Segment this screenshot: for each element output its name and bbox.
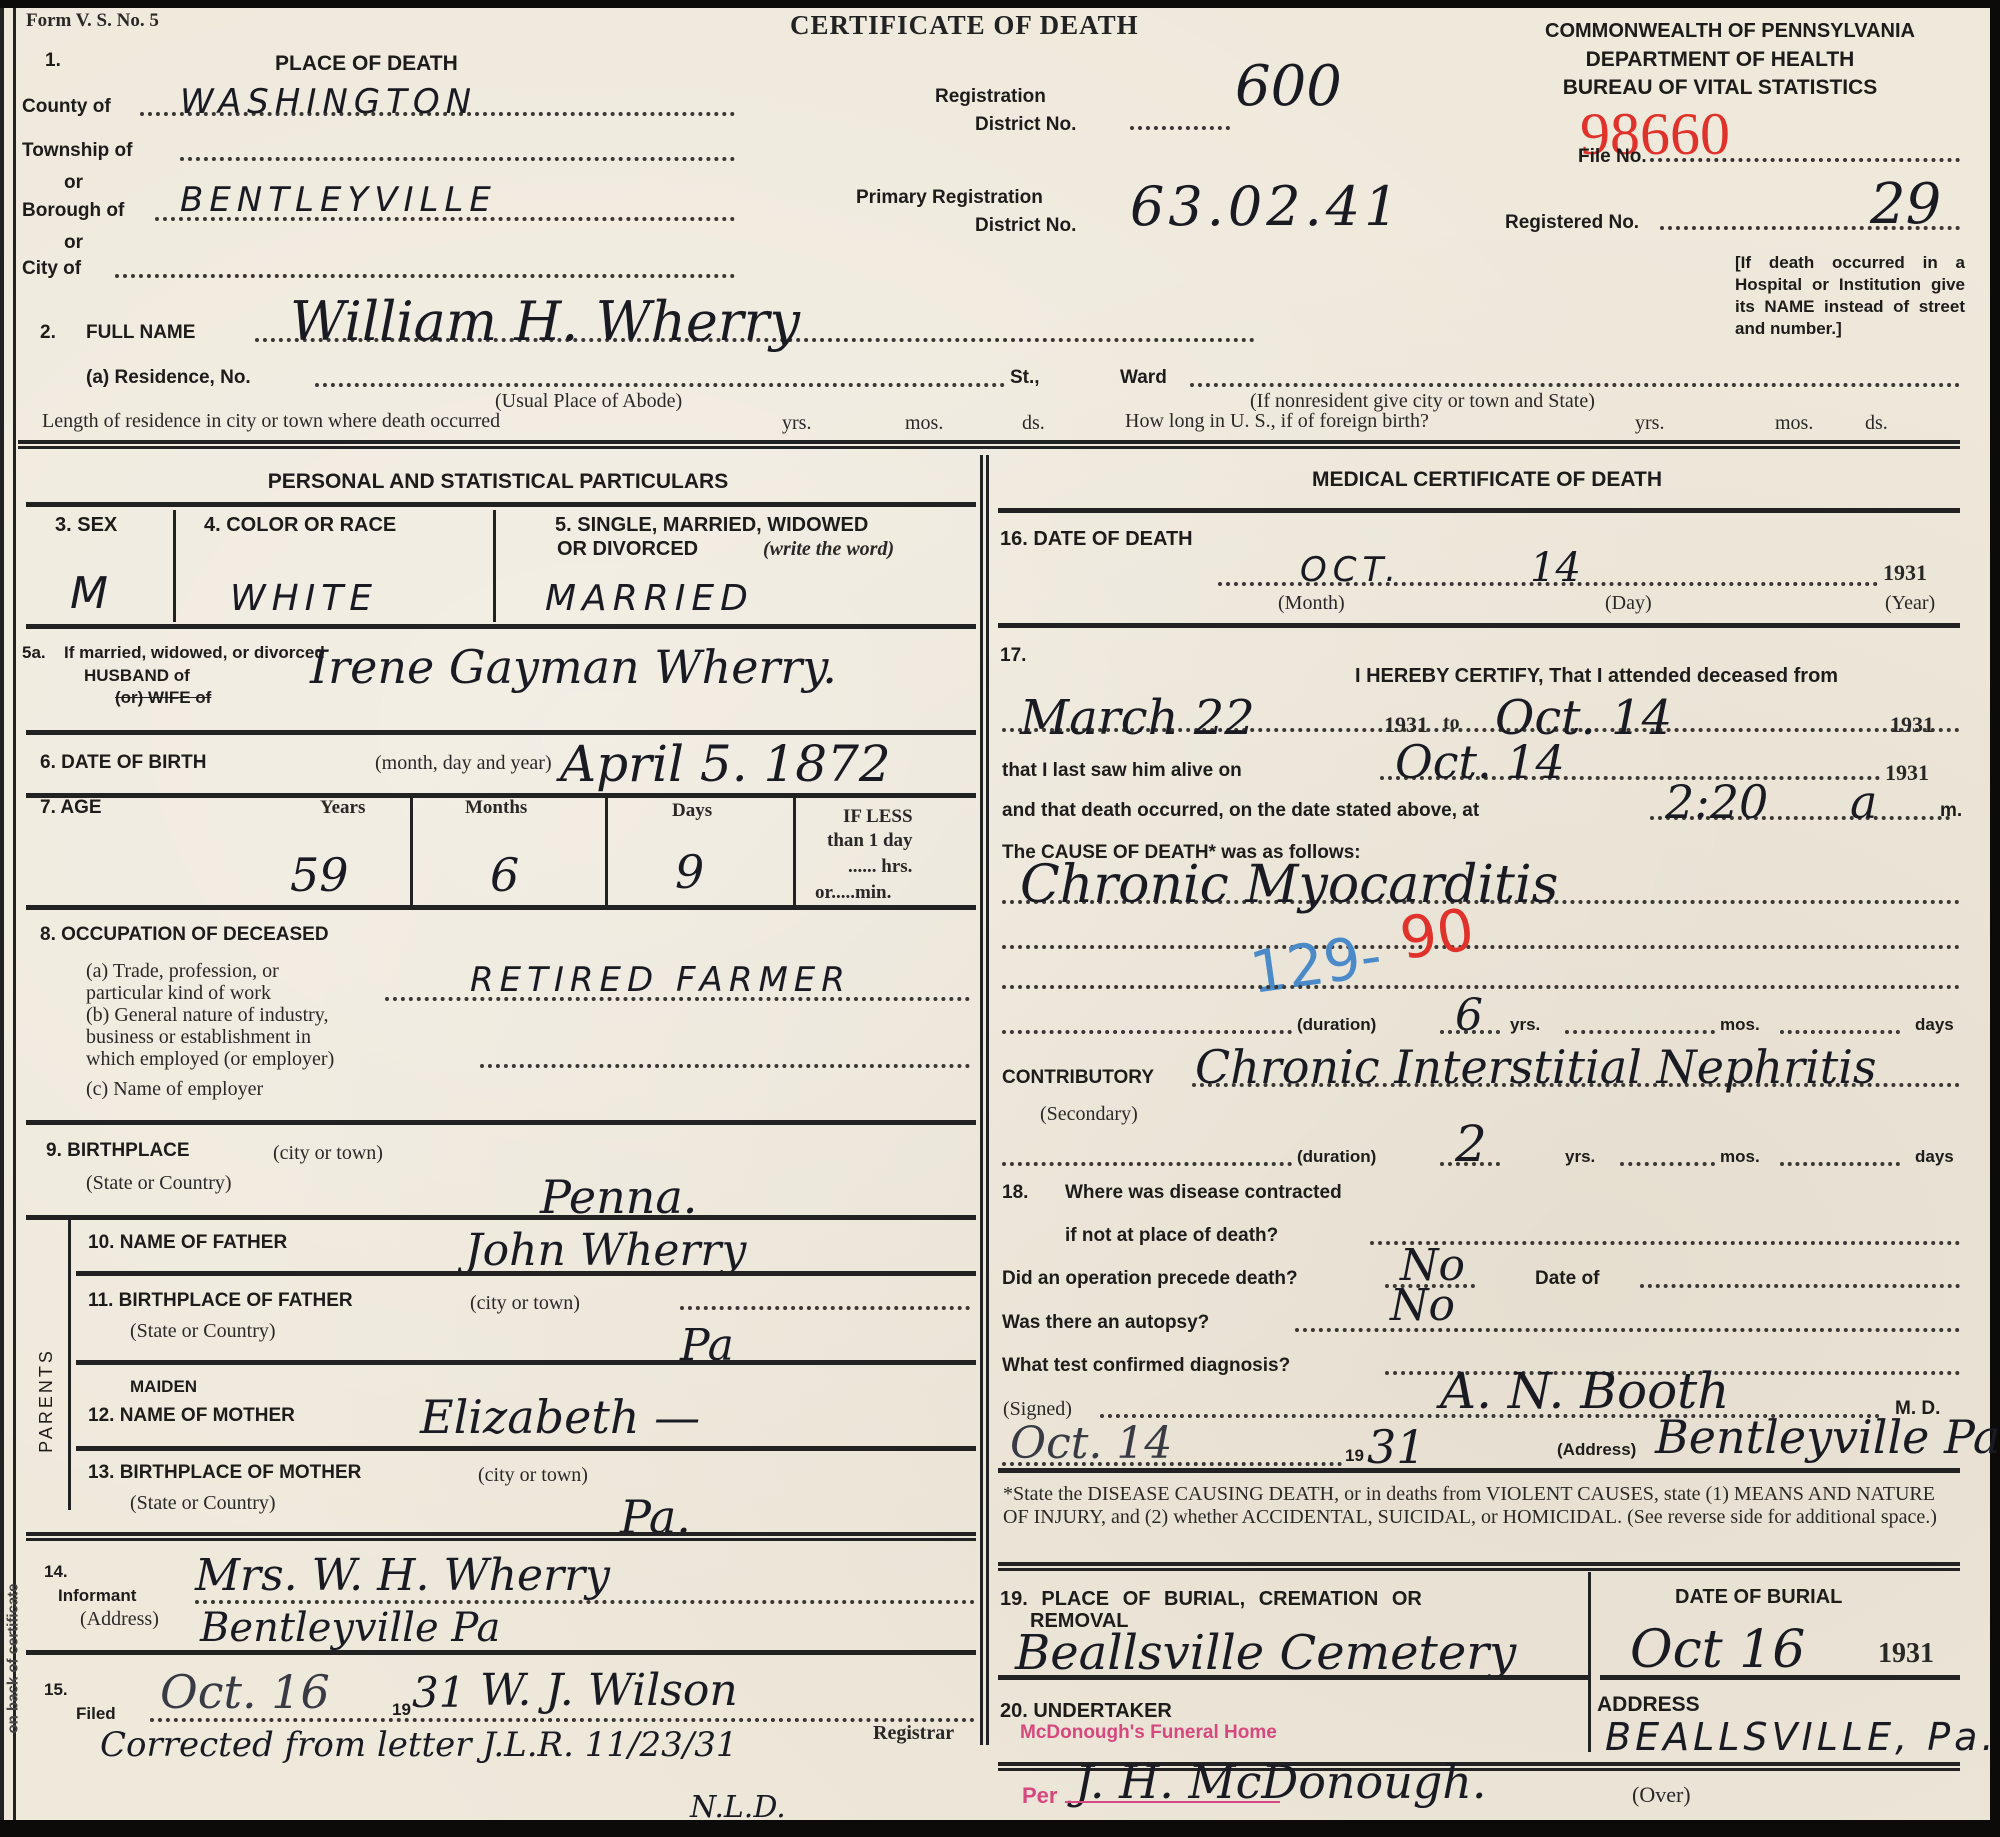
husband-label: HUSBAND of	[84, 666, 190, 686]
classification-code-red: 90	[1396, 895, 1479, 973]
column-divider	[980, 455, 989, 1745]
birthplace-hint-2: (State or Country)	[86, 1172, 232, 1195]
less-min-label[interactable]: or.....min.	[815, 882, 891, 904]
registration-label: Registration	[935, 86, 1046, 108]
autopsy-label: Was there an autopsy?	[1002, 1312, 1209, 1334]
birthplace-hint: (city or town)	[273, 1142, 383, 1165]
certificate-paper	[0, 8, 1990, 1820]
spouse-value[interactable]: Irene Gayman Wherry.	[310, 640, 837, 694]
residence-ds-label: ds.	[1022, 412, 1045, 435]
undertaker-label: 20. UNDERTAKER	[1000, 1700, 1172, 1723]
form-number: Form V. S. No. 5	[26, 10, 159, 32]
contrib-duration-yrs-value[interactable]: 2	[1455, 1115, 1487, 1173]
street-label: St.,	[1010, 367, 1040, 389]
mother-birthplace-hint-2: (State or Country)	[130, 1492, 276, 1515]
cause-duration-days-label: days	[1915, 1015, 1954, 1035]
secondary-hint: (Secondary)	[1040, 1103, 1138, 1126]
father-birthplace-label: 11. BIRTHPLACE OF FATHER	[88, 1290, 353, 1312]
city-value[interactable]	[115, 274, 735, 278]
where-item: 18.	[1002, 1182, 1028, 1204]
undertaker-address-value[interactable]: BEALLSVILLE, Pa.	[1605, 1715, 1998, 1759]
operation-date-label: Date of	[1535, 1268, 1599, 1290]
parents-side-label: PARENTS	[36, 1348, 57, 1453]
ward-value[interactable]	[1190, 383, 1960, 387]
or-label: or	[64, 172, 83, 194]
occupation-b-label-2: business or establishment in	[86, 1026, 311, 1049]
informant-label: Informant	[58, 1586, 136, 1606]
mother-birthplace-label: 13. BIRTHPLACE OF MOTHER	[88, 1462, 361, 1484]
undertaker-address-label: ADDRESS	[1597, 1693, 1700, 1717]
cause-duration-yrs-label: yrs.	[1510, 1015, 1540, 1035]
township-value[interactable]	[180, 157, 735, 161]
medical-heading: MEDICAL CERTIFICATE OF DEATH	[992, 468, 1982, 492]
registration-district-label: District No.	[975, 114, 1076, 136]
residence-value[interactable]	[315, 383, 1005, 387]
age-days-value[interactable]: 9	[675, 845, 704, 899]
physician-address-label: (Address)	[1557, 1440, 1636, 1460]
age-days-label: Days	[672, 800, 712, 822]
attended-from-value[interactable]: March 22	[1020, 690, 1255, 746]
month-hint: (Month)	[1278, 592, 1345, 615]
full-name-value[interactable]: William H. Wherry	[290, 290, 800, 353]
or-label: or	[64, 232, 83, 254]
file-number-label: File No.	[1578, 146, 1647, 168]
sex-label: 3. SEX	[55, 514, 117, 537]
filed-year-prefix: 19	[392, 1700, 411, 1720]
birthplace-label: 9. BIRTHPLACE	[46, 1140, 190, 1162]
where-contracted-label-2: if not at place of death?	[1065, 1225, 1278, 1247]
personal-heading: PERSONAL AND STATISTICAL PARTICULARS	[18, 470, 978, 494]
burial-place-label: 19. PLACE OF BURIAL, CREMATION OR	[1000, 1588, 1422, 1611]
hospital-note: [If death occurred in a Hospital or Inst…	[1735, 252, 1965, 340]
last-saw-year[interactable]: 1931	[1885, 760, 1929, 786]
sex-value[interactable]: M	[70, 568, 114, 619]
filed-item: 15.	[44, 1680, 68, 1700]
informant-address-value[interactable]: Bentleyville Pa	[200, 1605, 500, 1651]
employer-name-label: (c) Name of employer	[86, 1078, 263, 1101]
where-contracted-label: Where was disease contracted	[1065, 1182, 1342, 1204]
usual-abode-hint: (Usual Place of Abode)	[495, 390, 682, 413]
borough-label: Borough of	[22, 200, 124, 222]
residence-yrs-label: yrs.	[782, 412, 811, 435]
township-label: Township of	[22, 140, 132, 162]
race-value[interactable]: WHITE	[230, 578, 378, 619]
registered-number-label: Registered No.	[1505, 212, 1639, 234]
informant-value[interactable]: Mrs. W. H. Wherry	[195, 1550, 610, 1601]
last-saw-label: that I last saw him alive on	[1002, 760, 1242, 782]
correction-initials: N.L.D.	[690, 1790, 786, 1825]
registrar-signature[interactable]: W. J. Wilson	[480, 1665, 738, 1716]
place-of-death-heading: PLACE OF DEATH	[275, 52, 458, 76]
last-saw-value[interactable]: Oct. 14	[1395, 735, 1565, 789]
date-of-death-day[interactable]: 14	[1530, 545, 1581, 591]
informant-address-label: (Address)	[80, 1608, 159, 1631]
burial-date-label: DATE OF BURIAL	[1675, 1586, 1842, 1609]
physician-address-value[interactable]: Bentleyville Pa	[1655, 1410, 2000, 1464]
cause-duration-yrs-value[interactable]: 6	[1455, 990, 1483, 1041]
marital-label: 5. SINGLE, MARRIED, WIDOWED	[555, 514, 868, 537]
contributory-value[interactable]: Chronic Interstitial Nephritis	[1195, 1040, 1877, 1094]
father-birthplace-hint-2: (State or Country)	[130, 1320, 276, 1343]
primary-registration-district-label: District No.	[975, 215, 1076, 237]
operation-label: Did an operation precede death?	[1002, 1268, 1298, 1290]
marital-label-2: OR DIVORCED	[557, 538, 698, 561]
burial-place-value[interactable]: Beallsville Cemetery	[1015, 1625, 1516, 1681]
occupation-b-label: (b) General nature of industry,	[86, 1004, 329, 1027]
age-years-label: Years	[320, 797, 365, 819]
cause-duration-label: (duration)	[1297, 1015, 1376, 1035]
cause-duration-mos-label: mos.	[1720, 1015, 1760, 1035]
certify-item: 17.	[1000, 645, 1026, 667]
correction-note: Corrected from letter J.L.R. 11/23/31	[100, 1725, 737, 1765]
mother-birthplace-hint: (city or town)	[478, 1464, 588, 1487]
signed-year-prefix: 19	[1345, 1446, 1364, 1466]
race-label: 4. COLOR OR RACE	[204, 514, 396, 537]
occupation-b-label-3: which employed (or employer)	[86, 1048, 334, 1071]
foreign-birth-label: How long in U. S., if of foreign birth?	[1125, 410, 1429, 433]
age-label: 7. AGE	[40, 797, 102, 819]
residence-label: (a) Residence, No.	[86, 367, 251, 389]
authority-line-1: COMMONWEALTH OF PENNSYLVANIA	[1470, 20, 1990, 43]
county-label: County of	[22, 96, 111, 118]
residence-mos-label: mos.	[905, 412, 943, 435]
registration-district-value[interactable]: 600	[1235, 54, 1342, 119]
mother-label: 12. NAME OF MOTHER	[88, 1405, 295, 1427]
date-of-death-label: 16. DATE OF DEATH	[1000, 528, 1193, 551]
per-label: Per	[1022, 1783, 1057, 1809]
less-hrs-label[interactable]: ...... hrs.	[848, 856, 912, 878]
place-of-death-item: 1.	[45, 50, 61, 72]
contrib-duration-label: (duration)	[1297, 1147, 1376, 1167]
page-title: CERTIFICATE OF DEATH	[790, 10, 1139, 41]
contrib-duration-yrs-label: yrs.	[1565, 1147, 1595, 1167]
father-label: 10. NAME OF FATHER	[88, 1232, 287, 1254]
cause-footnote: *State the DISEASE CAUSING DEATH, or in …	[1003, 1483, 1958, 1529]
authority-line-3: BUREAU OF VITAL STATISTICS	[1470, 76, 1970, 100]
less-than-label-1: IF LESS	[843, 806, 913, 828]
date-of-death-year[interactable]: 1931	[1883, 560, 1927, 586]
signed-year-value[interactable]: 31	[1367, 1420, 1426, 1474]
signed-date-value[interactable]: Oct. 14	[1010, 1418, 1172, 1469]
county-value[interactable]: WASHINGTON	[180, 82, 477, 122]
age-months-label: Months	[465, 797, 527, 819]
dob-value[interactable]: April 5. 1872	[560, 735, 891, 793]
marital-hint: (write the word)	[763, 538, 894, 561]
certify-text: I HEREBY CERTIFY, That I attended deceas…	[1355, 665, 1838, 688]
city-label: City of	[22, 258, 81, 280]
less-than-label-2: than 1 day	[827, 830, 913, 852]
spouse-item: 5a.	[22, 643, 46, 663]
time-ampm-value[interactable]: a	[1850, 775, 1877, 829]
marital-value[interactable]: MARRIED	[545, 578, 754, 619]
time-of-death-value[interactable]: 2:20	[1665, 775, 1768, 829]
length-of-residence-label: Length of residence in city or town wher…	[42, 410, 500, 433]
primary-registration-label: Primary Registration	[856, 187, 1043, 209]
full-name-label: FULL NAME	[86, 322, 195, 344]
spouse-label: If married, widowed, or divorced	[64, 643, 325, 663]
registrar-label: Registrar	[873, 1722, 954, 1745]
father-value[interactable]: John Wherry	[465, 1225, 746, 1276]
burial-date-year[interactable]: 1931	[1878, 1638, 1934, 1670]
authority-line-2: DEPARTMENT OF HEALTH	[1470, 48, 1970, 72]
left-edge-border	[0, 8, 16, 1820]
employer-industry-value[interactable]	[480, 1064, 970, 1068]
contributory-label: CONTRIBUTORY	[1002, 1067, 1154, 1089]
autopsy-value[interactable]: No	[1390, 1280, 1455, 1331]
foreign-mos-label: mos.	[1775, 412, 1813, 435]
date-of-death-month[interactable]: OCT.	[1300, 550, 1402, 590]
section-divider	[18, 440, 1960, 449]
mother-value[interactable]: Elizabeth —	[420, 1390, 700, 1444]
time-m-label: m.	[1940, 800, 1962, 822]
age-months-value[interactable]: 6	[490, 848, 519, 902]
edge-note: on back of certificate	[5, 1583, 22, 1733]
contrib-duration-mos-label: mos.	[1720, 1147, 1760, 1167]
occupation-a-label: (a) Trade, profession, or	[86, 960, 279, 983]
full-name-item: 2.	[40, 322, 56, 344]
wife-label: (or) WIFE of	[115, 688, 211, 708]
dob-label: 6. DATE OF BIRTH	[40, 752, 206, 774]
foreign-yrs-label: yrs.	[1635, 412, 1664, 435]
filed-date-value[interactable]: Oct. 16	[160, 1665, 330, 1719]
age-years-value[interactable]: 59	[290, 848, 349, 902]
day-hint: (Day)	[1605, 592, 1652, 615]
attended-to-year[interactable]: 1931	[1890, 712, 1934, 738]
cause-of-death-value[interactable]: Chronic Myocarditis	[1020, 855, 1558, 915]
occupation-value[interactable]: RETIRED FARMER	[470, 960, 851, 1000]
borough-value[interactable]: BENTLEYVILLE	[180, 180, 497, 220]
undertaker-stamp: McDonough's Funeral Home	[1020, 1722, 1277, 1744]
informant-item: 14.	[44, 1562, 68, 1582]
dob-hint: (month, day and year)	[375, 752, 552, 775]
burial-date-value[interactable]: Oct 16	[1630, 1620, 1805, 1680]
year-hint: (Year)	[1885, 592, 1935, 615]
foreign-ds-label: ds.	[1865, 412, 1888, 435]
primary-registration-value[interactable]: 63.02.41	[1130, 175, 1402, 238]
operation-date-value[interactable]	[1640, 1284, 1960, 1288]
filed-year-value[interactable]: 31	[412, 1668, 465, 1717]
time-of-death-label: and that death occurred, on the date sta…	[1002, 800, 1479, 822]
occupation-label: 8. OCCUPATION OF DECEASED	[40, 924, 329, 946]
to-label: to	[1443, 712, 1460, 735]
father-birthplace-hint: (city or town)	[470, 1292, 580, 1315]
filed-label: Filed	[76, 1704, 116, 1724]
maiden-label: MAIDEN	[130, 1377, 197, 1397]
test-label: What test confirmed diagnosis?	[1002, 1355, 1290, 1377]
over-label: (Over)	[1632, 1782, 1691, 1808]
ward-label: Ward	[1120, 367, 1167, 389]
contrib-duration-days-label: days	[1915, 1147, 1954, 1167]
occupation-a-label-2: particular kind of work	[86, 982, 271, 1005]
registered-number-value[interactable]: 29	[1870, 172, 1941, 237]
